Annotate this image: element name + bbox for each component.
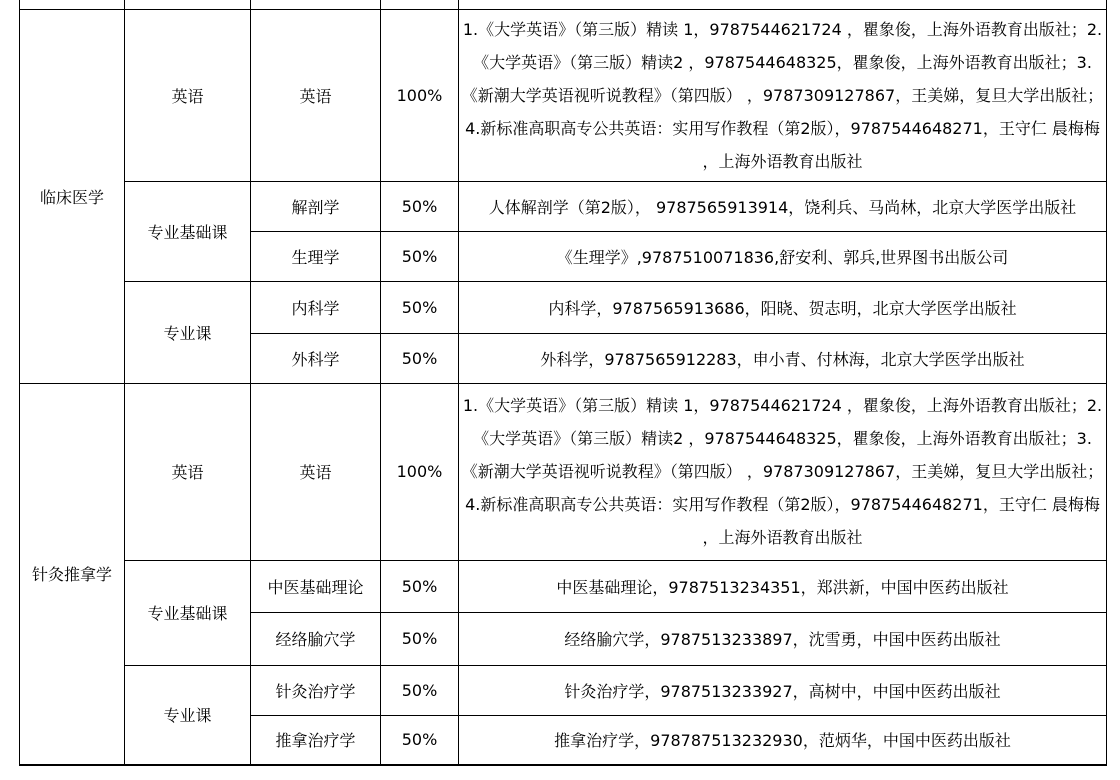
subject-cell: 针灸治疗学 bbox=[251, 665, 381, 715]
subject-cell: 英语 bbox=[251, 383, 381, 560]
table-row: 专业课 内科学 50% 内科学，9787565913686，阳晓、贺志明，北京大… bbox=[20, 281, 1107, 333]
textbook-cell: 《生理学》,9787510071836,舒安利、郭兵,世界图书出版公司 bbox=[459, 231, 1107, 281]
category-cell: 专业课 bbox=[125, 665, 251, 765]
category-cell: 专业课 bbox=[125, 281, 251, 383]
category-cell: 英语 bbox=[125, 383, 251, 560]
textbook-cell: 外科学，9787565912283，申小青、付林海，北京大学医学出版社 bbox=[459, 333, 1107, 383]
table-row: 临床医学 英语 英语 100% 1.《大学英语》（第三版）精读 1，978754… bbox=[20, 9, 1107, 181]
table-row: 专业课 针灸治疗学 50% 针灸治疗学，9787513233927，高树中，中国… bbox=[20, 665, 1107, 715]
weight-cell: 50% bbox=[381, 181, 459, 231]
textbook-cell: 经络腧穴学，9787513233897，沈雪勇，中国中医药出版社 bbox=[459, 612, 1107, 665]
textbook-cell: 针灸治疗学，9787513233927，高树中，中国中医药出版社 bbox=[459, 665, 1107, 715]
cutoff-cell bbox=[459, 0, 1107, 9]
textbook-cell: 1.《大学英语》（第三版）精读 1，9787544621724 ，瞿象俊，上海外… bbox=[459, 9, 1107, 181]
document-page: 临床医学 英语 英语 100% 1.《大学英语》（第三版）精读 1，978754… bbox=[0, 0, 1120, 780]
weight-cell: 50% bbox=[381, 281, 459, 333]
subject-cell: 外科学 bbox=[251, 333, 381, 383]
weight-cell: 50% bbox=[381, 560, 459, 612]
weight-cell: 50% bbox=[381, 612, 459, 665]
subject-cell: 中医基础理论 bbox=[251, 560, 381, 612]
weight-cell: 50% bbox=[381, 231, 459, 281]
weight-cell: 100% bbox=[381, 9, 459, 181]
table-row: 专业基础课 解剖学 50% 人体解剖学（第2版）， 9787565913914，… bbox=[20, 181, 1107, 231]
category-cell: 专业基础课 bbox=[125, 560, 251, 665]
textbook-cell: 内科学，9787565913686，阳晓、贺志明，北京大学医学出版社 bbox=[459, 281, 1107, 333]
weight-cell: 50% bbox=[381, 665, 459, 715]
category-cell: 专业基础课 bbox=[125, 181, 251, 281]
subject-cell: 生理学 bbox=[251, 231, 381, 281]
major-cell: 针灸推拿学 bbox=[20, 383, 125, 765]
cutoff-cell bbox=[20, 0, 125, 9]
cutoff-cell bbox=[251, 0, 381, 9]
textbook-table: 临床医学 英语 英语 100% 1.《大学英语》（第三版）精读 1，978754… bbox=[19, 0, 1107, 766]
major-cell: 临床医学 bbox=[20, 9, 125, 383]
textbook-cell: 人体解剖学（第2版）， 9787565913914，饶利兵、马尚林，北京大学医学… bbox=[459, 181, 1107, 231]
weight-cell: 50% bbox=[381, 333, 459, 383]
subject-cell: 推拿治疗学 bbox=[251, 715, 381, 765]
cutoff-cell bbox=[125, 0, 251, 9]
subject-cell: 内科学 bbox=[251, 281, 381, 333]
textbook-cell: 1.《大学英语》（第三版）精读 1，9787544621724 ，瞿象俊，上海外… bbox=[459, 383, 1107, 560]
cutoff-cell bbox=[381, 0, 459, 9]
subject-cell: 英语 bbox=[251, 9, 381, 181]
subject-cell: 经络腧穴学 bbox=[251, 612, 381, 665]
table-row-cutoff bbox=[20, 0, 1107, 9]
table-row: 针灸推拿学 英语 英语 100% 1.《大学英语》（第三版）精读 1，97875… bbox=[20, 383, 1107, 560]
subject-cell: 解剖学 bbox=[251, 181, 381, 231]
table-row: 专业基础课 中医基础理论 50% 中医基础理论，9787513234351，郑洪… bbox=[20, 560, 1107, 612]
weight-cell: 50% bbox=[381, 715, 459, 765]
category-cell: 英语 bbox=[125, 9, 251, 181]
weight-cell: 100% bbox=[381, 383, 459, 560]
textbook-cell: 中医基础理论，9787513234351，郑洪新，中国中医药出版社 bbox=[459, 560, 1107, 612]
textbook-cell: 推拿治疗学，978787513232930，范炳华，中国中医药出版社 bbox=[459, 715, 1107, 765]
